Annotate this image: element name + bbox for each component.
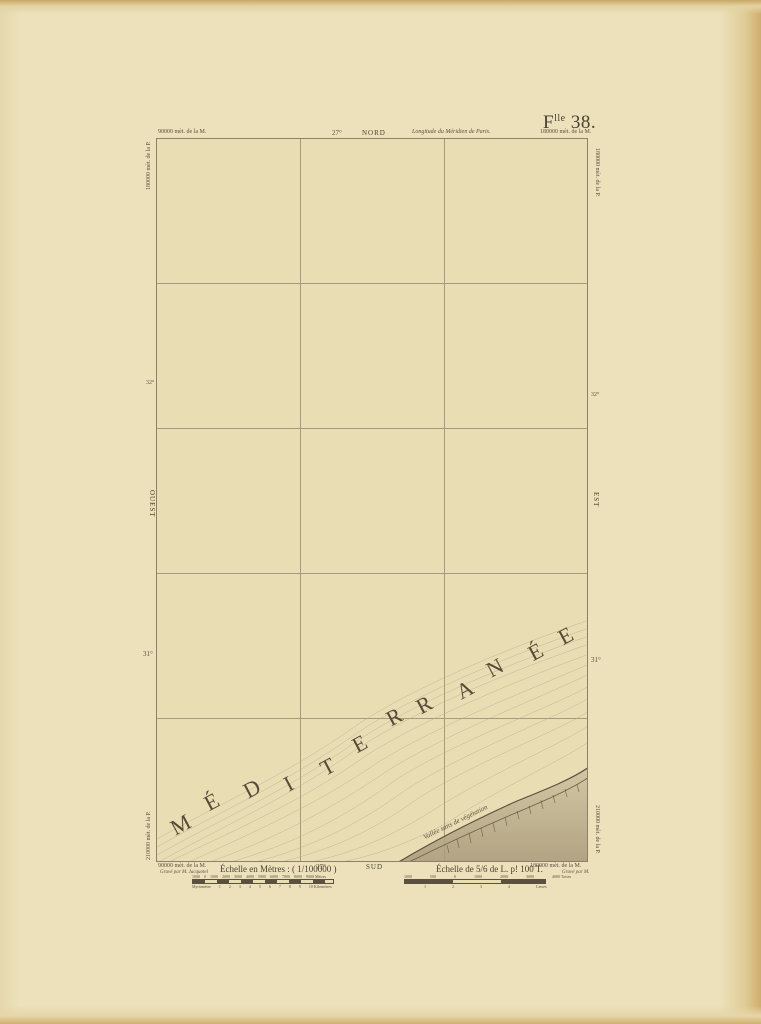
left-lat-upper: 32° [146,380,154,386]
toises-scale-title: Échelle de 5/6 de L. p! 100 T. [436,864,543,874]
east-label: EST [592,492,600,507]
right-lat-upper: 32° [591,392,599,398]
left-top-note: 180000 mèt. de la P. [146,141,152,190]
bottom-right-note: 180000 mèt. de la M. [530,863,581,869]
left-lat-lower: 31° [143,650,153,658]
tick-label: 9 [299,884,301,889]
toises-scale-bar: 1000 500 0 1000 2000 3000 4000 Toises 1 … [404,874,574,888]
tick-label: 2 [229,884,231,889]
top-longitude-mark: 27° [332,129,342,137]
coastline-illustration [157,139,588,862]
left-bottom-note: 210000 mèt. de la P. [146,811,152,860]
toises-bottom-ticks: 1 2 3 4 Lieues [424,884,547,889]
map-frame: M É D I T E R R A N É E Vallée sans de v… [156,138,588,862]
top-left-note: 90000 mèt. de la M. [158,129,206,135]
longitude-caption: Longitude du Méridien de Paris. [412,129,491,135]
right-top-note: 180000 mèt. de la P. [594,148,600,197]
right-lat-lower: 31° [591,656,601,664]
north-label: NORD [362,129,386,137]
tick-label: 4000 Toises [552,874,571,879]
tick-label: 1 [219,884,221,889]
tick-label: 2 [452,884,454,889]
tick-label: 10 Kilomètres [309,884,332,889]
tick-label: 3 [480,884,482,889]
tick-label: 7 [279,884,281,889]
west-label: OUEST [148,490,156,518]
tick-label: 6 [269,884,271,889]
metric-bottom-ticks: Myriamètre 1 2 3 4 5 6 7 8 9 10 Kilomètr… [192,884,332,889]
tick-label: 3 [239,884,241,889]
tick-label: 4 [508,884,510,889]
south-label: SUD [366,863,383,871]
tick-label: Lieues [536,884,547,889]
tick-label: 8 [289,884,291,889]
metric-scale-bar: 1000 0 1000 2000 3000 4000 5000 6000 700… [192,874,392,888]
right-bottom-note: 210000 mèt. de la P. [594,805,600,854]
bottom-left-note: 90000 mèt. de la M. [158,863,206,869]
tick-label: Myriamètre [192,884,211,889]
tick-label: 1 [424,884,426,889]
sheet-sup: lle [554,113,566,124]
top-right-note: 180000 mèt. de la M. [540,129,591,135]
bottom-longitude-mark: 27° [316,863,326,871]
tick-label: 5 [259,884,261,889]
tick-label: 4 [249,884,251,889]
